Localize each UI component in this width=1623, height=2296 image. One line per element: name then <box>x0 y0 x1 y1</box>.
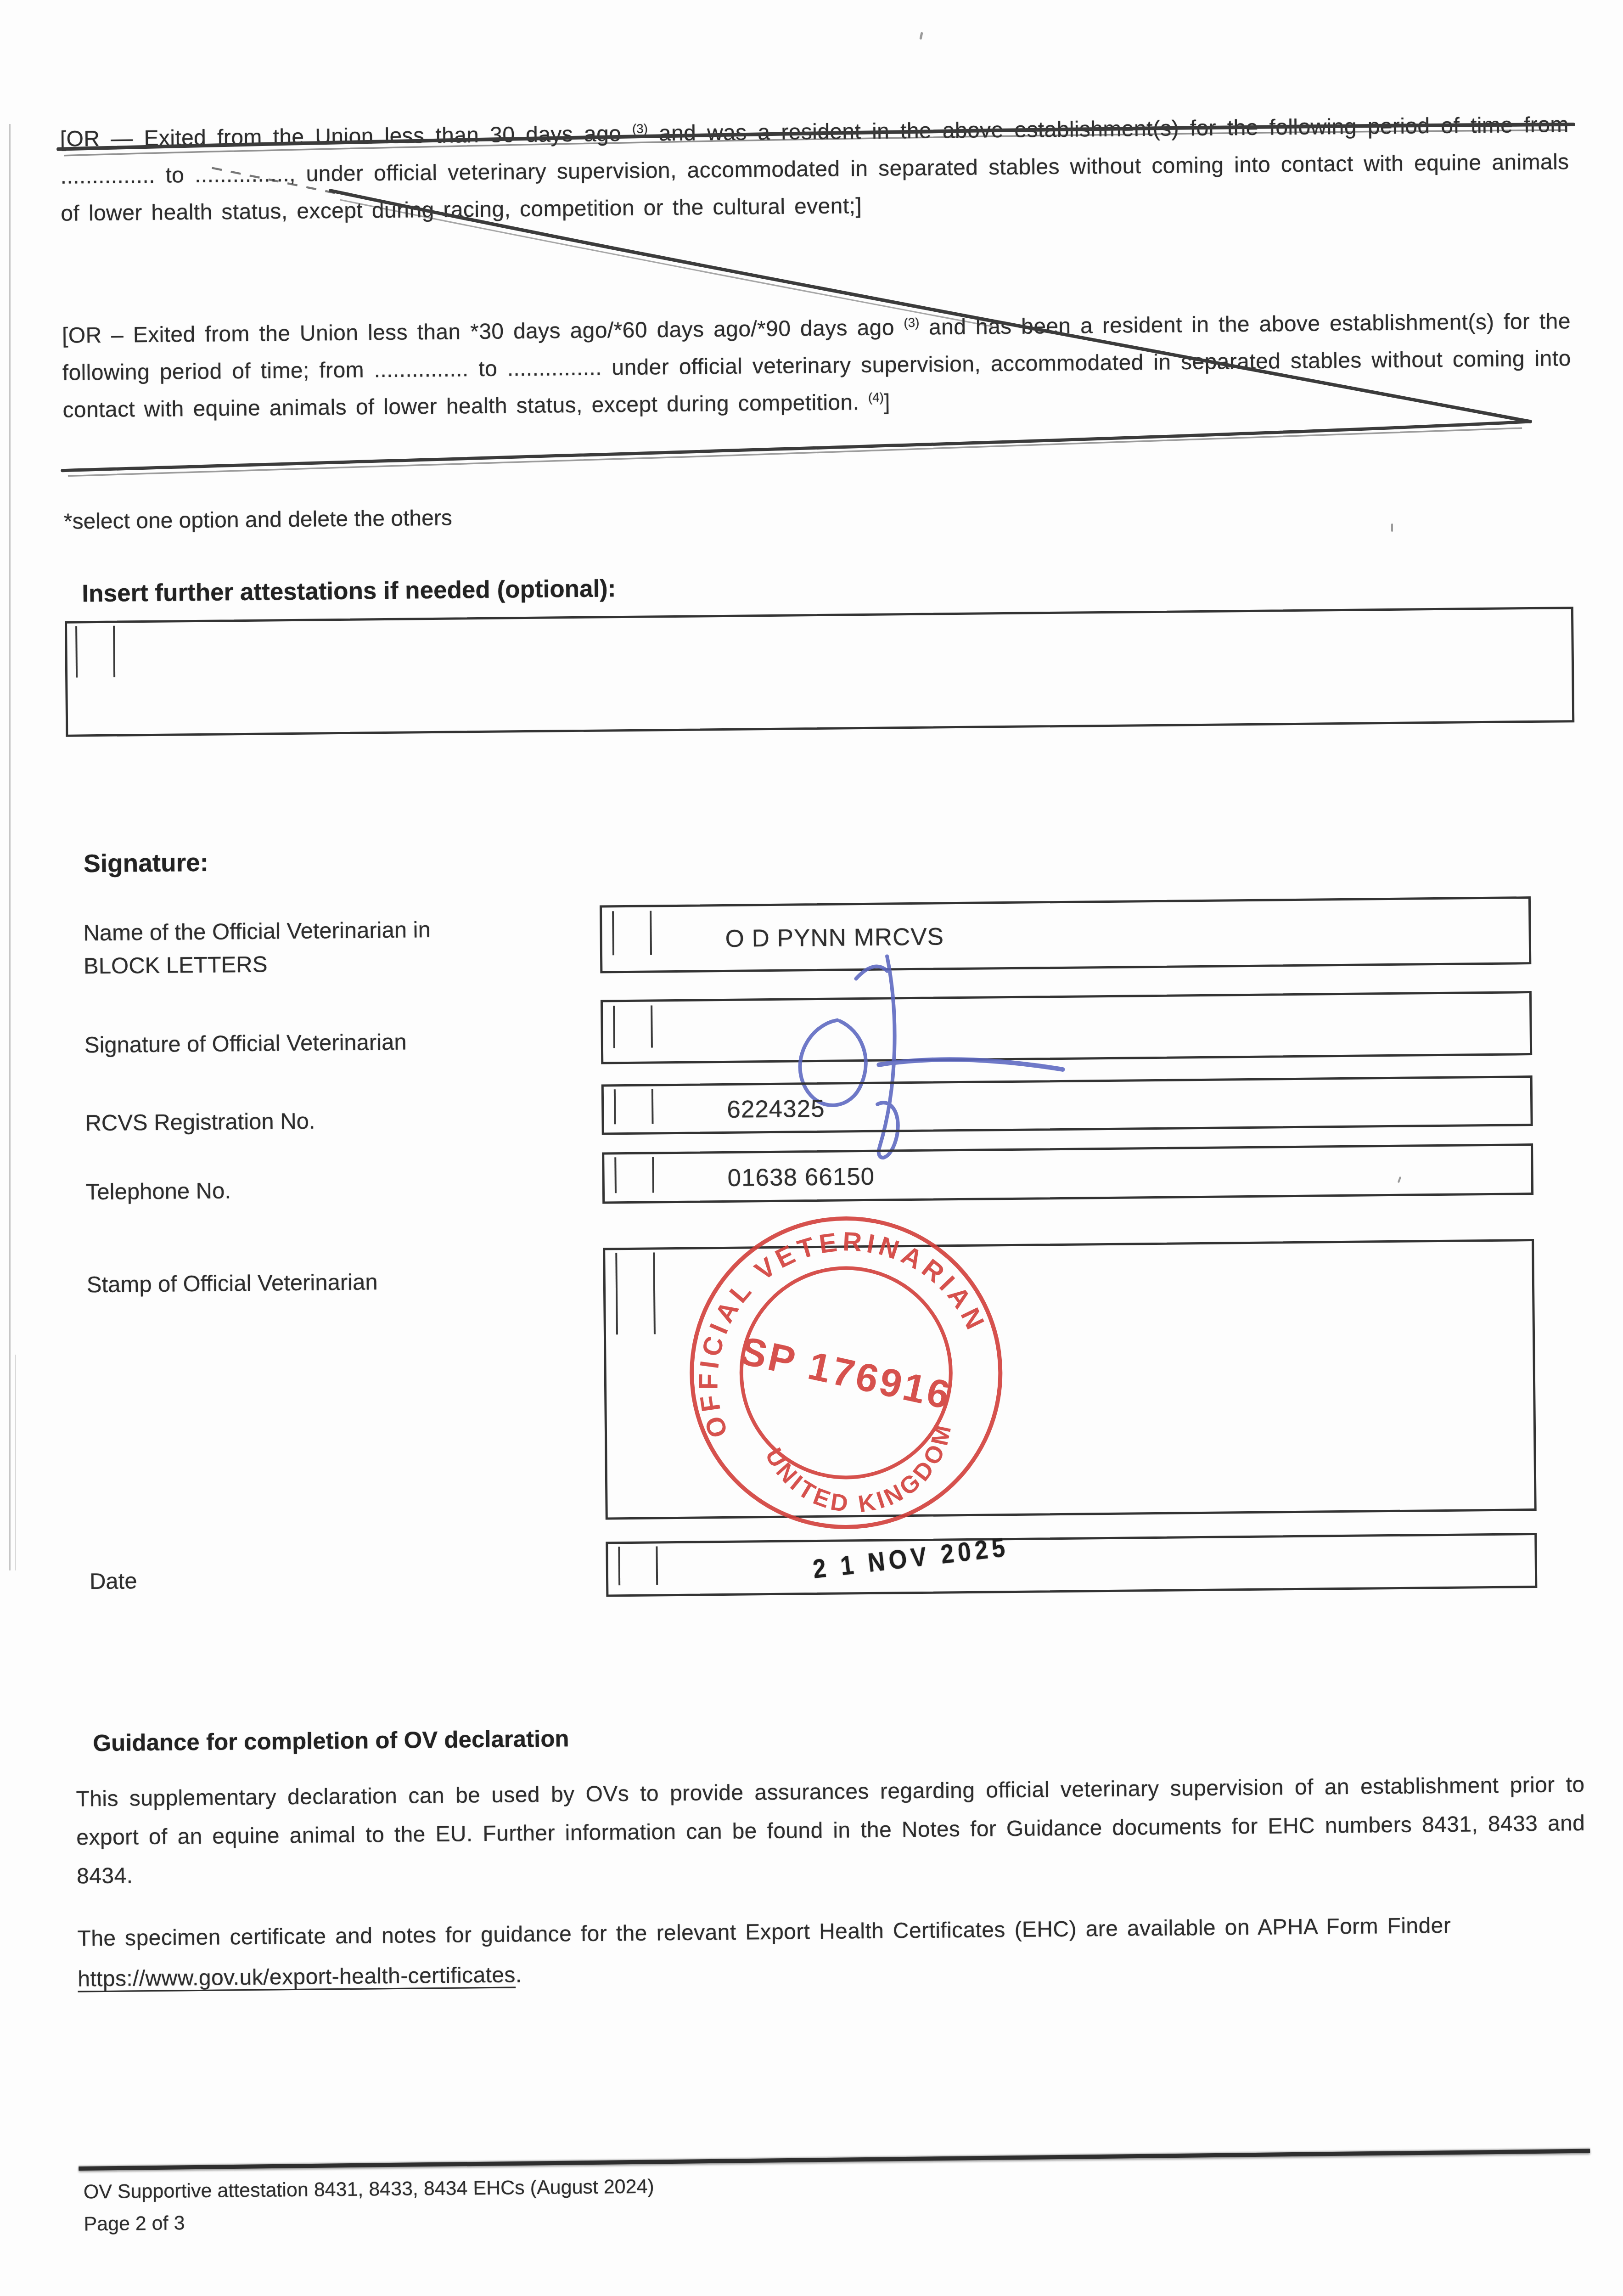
stamp-label: Stamp of Official Veterinarian <box>87 1266 378 1301</box>
cell-mark <box>651 1005 653 1047</box>
name-value: O D PYNN MRCVS <box>725 923 944 953</box>
cell-mark <box>614 1157 617 1193</box>
footnote-ref-3: (3) <box>632 121 648 135</box>
footer-page-number: Page 2 of 3 <box>84 2207 185 2240</box>
cell-mark <box>612 911 614 955</box>
telephone-field-box: 01638 66150 <box>602 1143 1533 1204</box>
stamp-center-text: SP 176916 <box>736 1328 956 1418</box>
svg-text:UNITED KINGDOM: UNITED KINGDOM <box>758 1417 967 1530</box>
handwritten-signature <box>740 948 1101 1171</box>
handwritten-strikeout-lines <box>0 0 1617 552</box>
option2-text-close: ] <box>884 390 890 414</box>
date-label: Date <box>90 1564 137 1598</box>
signature-heading: Signature: <box>84 848 209 878</box>
cell-mark <box>618 1547 620 1585</box>
name-label-line2: BLOCK LETTERS <box>84 952 268 979</box>
guidance-paragraph-1: This supplementary declaration can be us… <box>76 1766 1585 1896</box>
guidance-paragraph-2: The specimen certificate and notes for g… <box>77 1904 1587 2000</box>
signature-field-box <box>601 991 1532 1064</box>
guidance-paragraph-2-period: . <box>516 1963 522 1987</box>
telephone-value: 01638 66150 <box>727 1163 875 1192</box>
cell-mark <box>653 1252 656 1334</box>
signature-label: Signature of Official Veterinarian <box>84 1026 407 1062</box>
cell-mark <box>652 1157 654 1193</box>
cell-mark <box>615 1253 618 1334</box>
footnote-ref-3b: (3) <box>904 315 919 330</box>
official-veterinarian-stamp: OFFICIAL VETERINARIAN UNITED KINGDOM SP … <box>679 1206 1013 1540</box>
footer-doc-title: OV Supportive attestation 8431, 8433, 84… <box>83 2171 654 2208</box>
option1-paragraph: [OR — Exited from the Union less than 30… <box>60 106 1570 232</box>
stamp-top-text: OFFICIAL VETERINARIAN <box>674 1209 1002 1442</box>
stamp-field-box: OFFICIAL VETERINARIAN UNITED KINGDOM SP … <box>603 1239 1537 1519</box>
export-health-certificates-link[interactable]: https://www.gov.uk/export-health-certifi… <box>78 1963 516 1991</box>
guidance-paragraph-2-text: The specimen certificate and notes for g… <box>77 1913 1451 1951</box>
rcvs-label: RCVS Registration No. <box>85 1105 315 1140</box>
option2-paragraph: [OR – Exited from the Union less than *3… <box>62 303 1572 429</box>
cell-mark <box>651 1089 654 1124</box>
rcvs-field-box: 6224325 <box>601 1075 1533 1135</box>
cell-mark <box>614 1089 616 1124</box>
guidance-heading: Guidance for completion of OV declaratio… <box>93 1725 569 1756</box>
select-option-note: *select one option and delete the others <box>64 506 452 535</box>
cell-mark <box>656 1546 658 1585</box>
name-label-line1: Name of the Official Veterinarian in <box>83 917 431 945</box>
attestations-box <box>65 607 1574 737</box>
date-field-box: 2 1 NOV 2025 <box>606 1533 1537 1597</box>
cell-mark <box>75 626 78 677</box>
cell-mark <box>613 1006 615 1048</box>
option2-text-pre: [OR – Exited from the Union less than *3… <box>62 315 904 348</box>
cell-mark <box>650 911 652 955</box>
attestations-heading: Insert further attestations if needed (o… <box>82 574 616 608</box>
cell-mark <box>113 626 115 677</box>
telephone-label: Telephone No. <box>86 1174 231 1209</box>
date-stamp-value: 2 1 NOV 2025 <box>811 1531 1011 1585</box>
footer-rule <box>79 2149 1590 2171</box>
option1-text-pre: [OR — Exited from the Union less than 30… <box>60 122 633 152</box>
stamp-bottom-text: UNITED KINGDOM <box>758 1417 967 1530</box>
svg-text:OFFICIAL VETERINARIAN: OFFICIAL VETERINARIAN <box>674 1209 1002 1442</box>
rcvs-value: 6224325 <box>727 1095 825 1124</box>
footnote-ref-4: (4) <box>868 390 884 405</box>
document-page: [OR — Exited from the Union less than 30… <box>0 0 1623 2296</box>
name-label: Name of the Official Veterinarian in BLO… <box>83 913 431 983</box>
